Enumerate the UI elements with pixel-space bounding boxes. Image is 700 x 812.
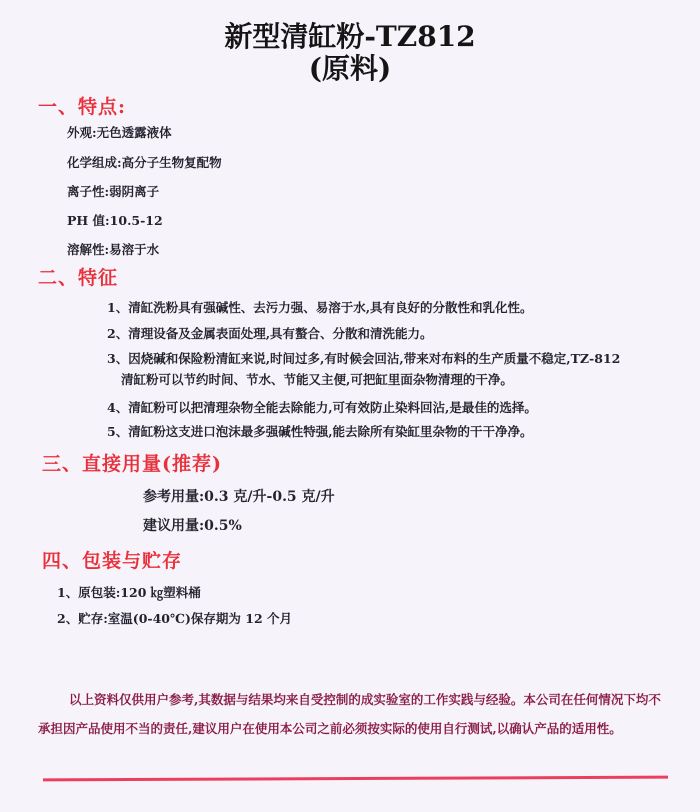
characteristic-item-5: 5、清缸粉这支进口泡沫最多强碱性特强,能去除所有染缸里杂物的干干净净。 bbox=[107, 424, 533, 440]
section-heading-characteristics: 二、特征 bbox=[38, 267, 118, 289]
section-heading-features: 一、特点: bbox=[38, 96, 126, 118]
document-title: 新型清缸粉-TZ812 bbox=[0, 22, 700, 52]
feature-appearance: 外观:无色透露液体 bbox=[67, 125, 172, 141]
dosage-reference: 参考用量:0.3 克/升-0.5 克/升 bbox=[143, 489, 335, 505]
feature-ph: PH 值:10.5-12 bbox=[67, 213, 163, 229]
feature-ionic: 离子性:弱阴离子 bbox=[67, 184, 159, 200]
section-heading-dosage: 三、直接用量(推荐) bbox=[42, 453, 222, 475]
dosage-recommended: 建议用量:0.5% bbox=[143, 518, 242, 534]
feature-composition: 化学组成:高分子生物复配物 bbox=[67, 155, 222, 171]
characteristic-item-3: 3、因烧碱和保险粉清缸来说,时间过多,有时候会回沾,带来对布料的生产质量不稳定,… bbox=[107, 351, 620, 367]
characteristic-item-2: 2、清理设备及金属表面处理,具有螯合、分散和清洗能力。 bbox=[107, 326, 433, 342]
section-heading-packaging: 四、包装与贮存 bbox=[42, 550, 182, 572]
disclaimer-text: 以上资料仅供用户参考,其数据与结果均来自受控制的成实验室的工作实践与经验。本公司… bbox=[38, 685, 668, 743]
packaging-storage: 2、贮存:室温(0-40℃)保存期为 12 个月 bbox=[57, 611, 292, 627]
feature-solubility: 溶解性:易溶于水 bbox=[67, 242, 159, 258]
characteristic-item-3-cont: 清缸粉可以节约时间、节水、节能又主便,可把缸里面杂物清理的干净。 bbox=[121, 372, 513, 388]
footer-divider bbox=[43, 776, 668, 782]
document-subtitle: (原料) bbox=[0, 54, 700, 84]
characteristic-item-4: 4、清缸粉可以把清理杂物全能去除能力,可有效防止染料回沾,是最佳的选择。 bbox=[107, 400, 537, 416]
packaging-original: 1、原包装:120 ㎏塑料桶 bbox=[57, 585, 201, 601]
characteristic-item-1: 1、清缸洗粉具有强碱性、去污力强、易溶于水,具有良好的分散性和乳化性。 bbox=[107, 300, 533, 316]
